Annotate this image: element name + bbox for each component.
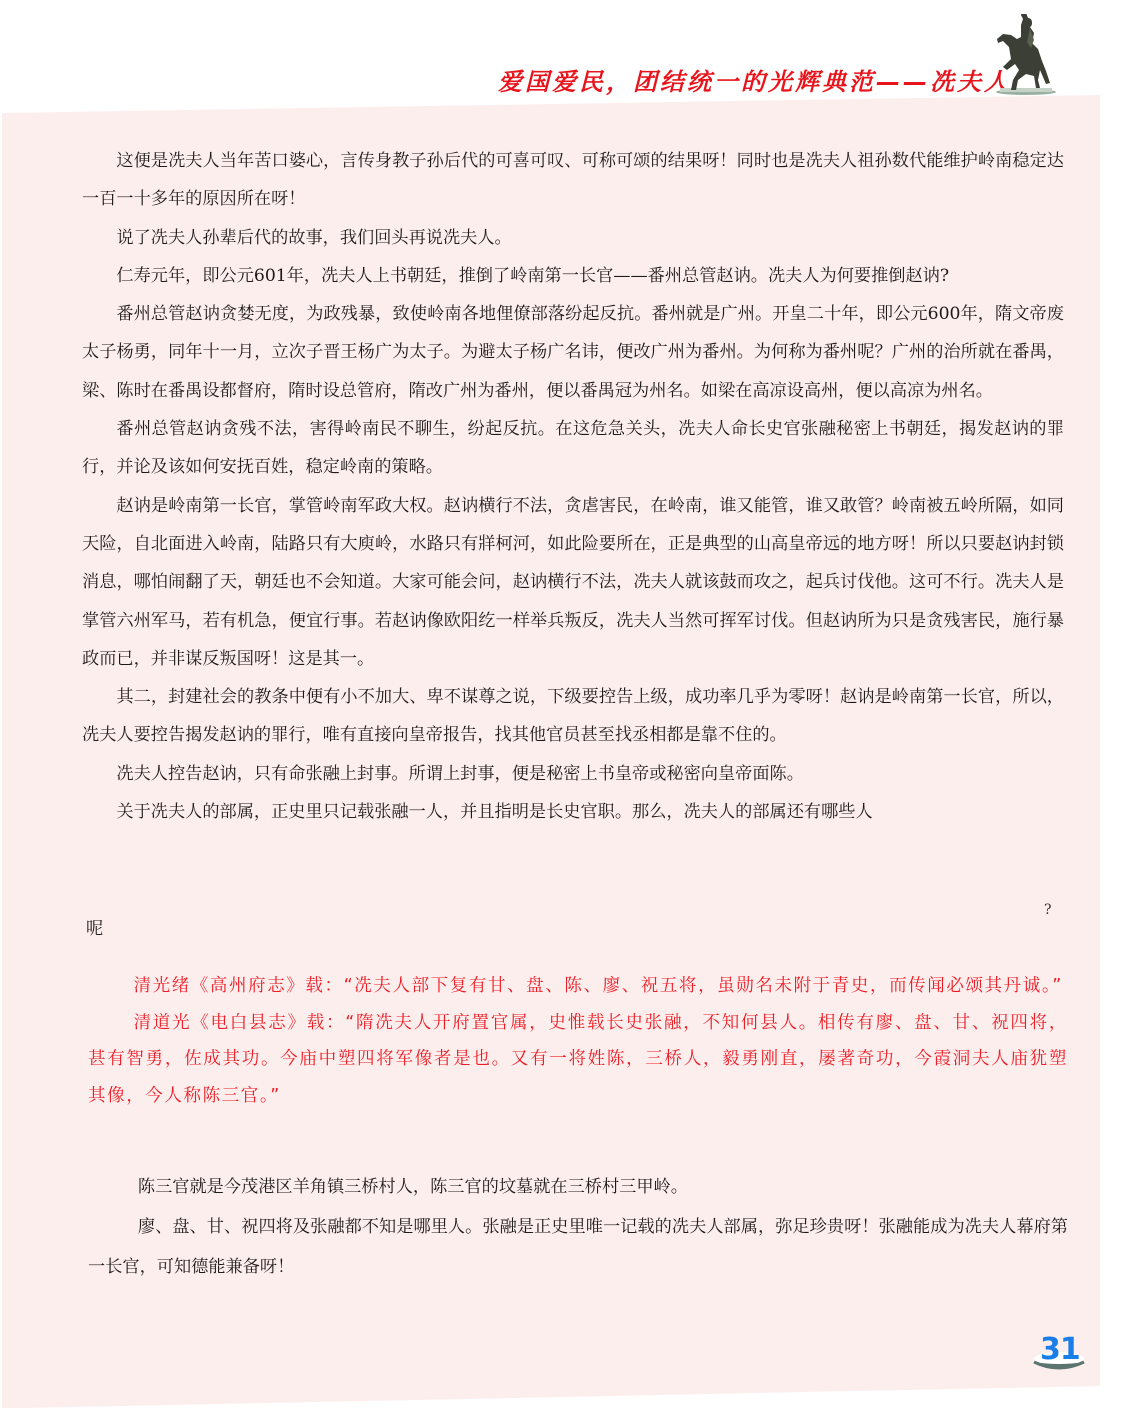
paragraph: 仁寿元年，即公元601年，冼夫人上书朝廷，推倒了岭南第一长官——番州总管赵讷。冼… — [82, 257, 1064, 295]
stray-question-mark: ? — [1044, 902, 1052, 918]
body-text: 这便是冼夫人当年苦口婆心，言传身教子孙后代的可喜可叹、可称可颂的结果呀！同时也是… — [82, 142, 1064, 831]
equestrian-statue-icon — [988, 14, 1060, 96]
page-number: 31 — [1040, 1332, 1080, 1367]
running-header-title: 爱国爱民，团结统一的光辉典范——冼夫人 — [498, 62, 1011, 97]
closing-text: 陈三官就是今茂港区羊角镇三桥村人，陈三官的坟墓就在三桥村三甲岭。 廖、盘、甘、祝… — [88, 1167, 1068, 1287]
paragraph: 冼夫人控告赵讷，只有命张融上封事。所谓上封事，便是秘密上书皇帝或秘密向皇帝面陈。 — [82, 755, 1064, 793]
paragraph: 番州总管赵讷贪残不法，害得岭南民不聊生，纷起反抗。在这危急关头，冼夫人命长史官张… — [82, 410, 1064, 487]
quote-gaozhou-gazetteer: 清光绪《高州府志》载：“冼夫人部下复有甘、盘、陈、廖、祝五将，虽勋名未附于青史，… — [88, 968, 1068, 1005]
paragraph: 关于冼夫人的部属，正史里只记载张融一人，并且指明是长史官职。那么，冼夫人的部属还… — [82, 793, 1064, 831]
quoted-records: 清光绪《高州府志》载：“冼夫人部下复有甘、盘、陈、廖、祝五将，虽勋名未附于青史，… — [88, 968, 1068, 1114]
paragraph: 陈三官就是今茂港区羊角镇三桥村人，陈三官的坟墓就在三桥村三甲岭。 — [88, 1167, 1068, 1207]
paragraph: 其二，封建社会的教条中便有小不加大、卑不谋尊之说，下级要控告上级，成功率几乎为零… — [82, 678, 1064, 755]
paragraph: 说了冼夫人孙辈后代的故事，我们回头再说冼夫人。 — [82, 219, 1064, 257]
paragraph: 赵讷是岭南第一长官，掌管岭南军政大权。赵讷横行不法，贪虐害民，在岭南，谁又能管，… — [82, 487, 1064, 678]
paragraph: 廖、盘、甘、祝四将及张融都不知是哪里人。张融是正史里唯一记载的冼夫人部属，弥足珍… — [88, 1207, 1068, 1287]
paragraph: 番州总管赵讷贪婪无度，为政残暴，致使岭南各地俚僚部落纷起反抗。番州就是广州。开皇… — [82, 295, 1064, 410]
paragraph: 这便是冼夫人当年苦口婆心，言传身教子孙后代的可喜可叹、可称可颂的结果呀！同时也是… — [82, 142, 1064, 219]
page-number-badge: 31 — [1030, 1332, 1088, 1372]
trailing-character: 呢 — [86, 914, 103, 939]
quote-dianbai-gazetteer: 清道光《电白县志》载：“隋冼夫人开府置官属，史惟载长史张融，不知何县人。相传有廖… — [88, 1005, 1068, 1115]
